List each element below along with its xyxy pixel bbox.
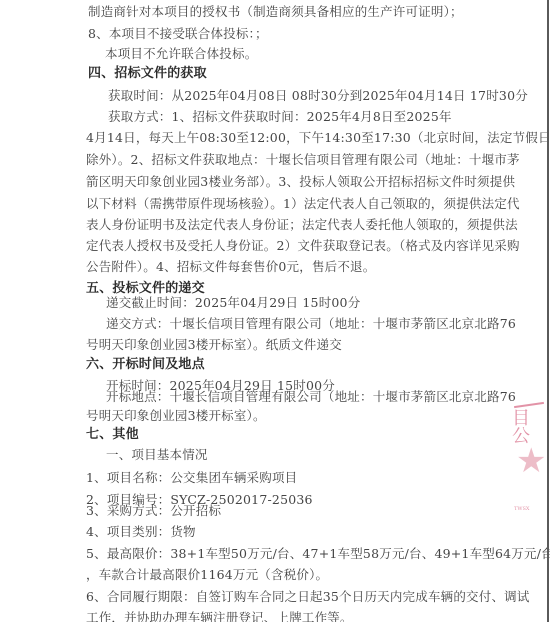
text-line: 以下材料（需携带原件现场核验）。1）法定代表人自己领取的，须提供法定代: [86, 196, 520, 212]
text-line: 4月14日，每天上午08:30至12:00，下午14:30至17:30（北京时间…: [86, 130, 550, 146]
text-line: 号明天印象创业园3楼开标室）。: [86, 408, 266, 424]
section-heading: 六、开标时间及地点: [86, 357, 205, 373]
text-line: 一、项目基本情况: [106, 447, 208, 463]
text-line: 递交截止时间：2025年04月29日 15时00分: [106, 295, 360, 311]
official-seal-stamp: 目公 ★ TWSX: [510, 400, 546, 520]
document-page: 制造商针对本项目的授权书（制造商须具备相应的生产许可证明）；8、本项目不接受联合…: [0, 0, 550, 622]
text-line: 制造商针对本项目的授权书（制造商须具备相应的生产许可证明）；: [88, 4, 463, 20]
text-line: 4、项目类别：货物: [86, 524, 196, 540]
text-line: 8、本项目不接受联合体投标：；: [88, 26, 268, 42]
text-line: 开标地点：十堰长信项目管理有限公司（地址：十堰市茅箭区北京北路76: [106, 389, 516, 405]
text-line: 5、最高限价：38+1车型50万元/台、47+1车型58万元/台、49+1车型6…: [86, 546, 550, 562]
text-line: 除外）。2、招标文件获取地点：十堰长信项目管理有限公司（地址：十堰市茅: [86, 152, 520, 168]
text-line: 工作，并协助办理车辆注册登记、上牌工作等。: [86, 610, 353, 622]
text-line: 3、采购方式：公开招标: [86, 503, 221, 519]
section-heading: 四、招标文件的获取: [88, 66, 207, 82]
text-line: 6、合同履行期限：自签订购车合同之日起35个日历天内完成车辆的交付、调试: [86, 589, 530, 605]
text-line: 号明天印象创业园3楼开标室）。纸质文件递交: [86, 337, 342, 353]
text-line: 递交方式：十堰长信项目管理有限公司（地址：十堰市茅箭区北京北路76: [106, 316, 516, 332]
text-line: 本项目不允许联合体投标。: [105, 46, 257, 62]
text-line: ，车款合计最高限价1164万元（含税价）。: [86, 567, 328, 583]
text-line: 定代表人授权书及受托人身份证。2）文件获取登记表。（格式及内容详见采购: [86, 238, 520, 254]
text-line: 获取方式：1、招标文件获取时间：2025年4月8日至2025年: [108, 109, 452, 125]
text-line: 表人身份证明书及法定代表人身份证；法定代表人委托他人领取的，须提供法: [86, 217, 518, 233]
text-line: 获取时间：从2025年04月08日 08时30分到2025年04月14日 17时…: [108, 88, 528, 104]
page-edge-divider: [547, 0, 549, 622]
section-heading: 七、其他: [86, 427, 139, 443]
text-line: 箭区明天印象创业园3楼业务部）。3、投标人领取公开招标招标文件时须提供: [86, 174, 515, 190]
text-line: 1、项目名称：公交集团车辆采购项目: [86, 470, 297, 486]
seal-serial-text: TWSX: [514, 506, 529, 512]
star-icon: ★: [516, 444, 546, 478]
text-line: 公告附件）。4、招标文件每套售价0元，售后不退。: [86, 259, 375, 275]
